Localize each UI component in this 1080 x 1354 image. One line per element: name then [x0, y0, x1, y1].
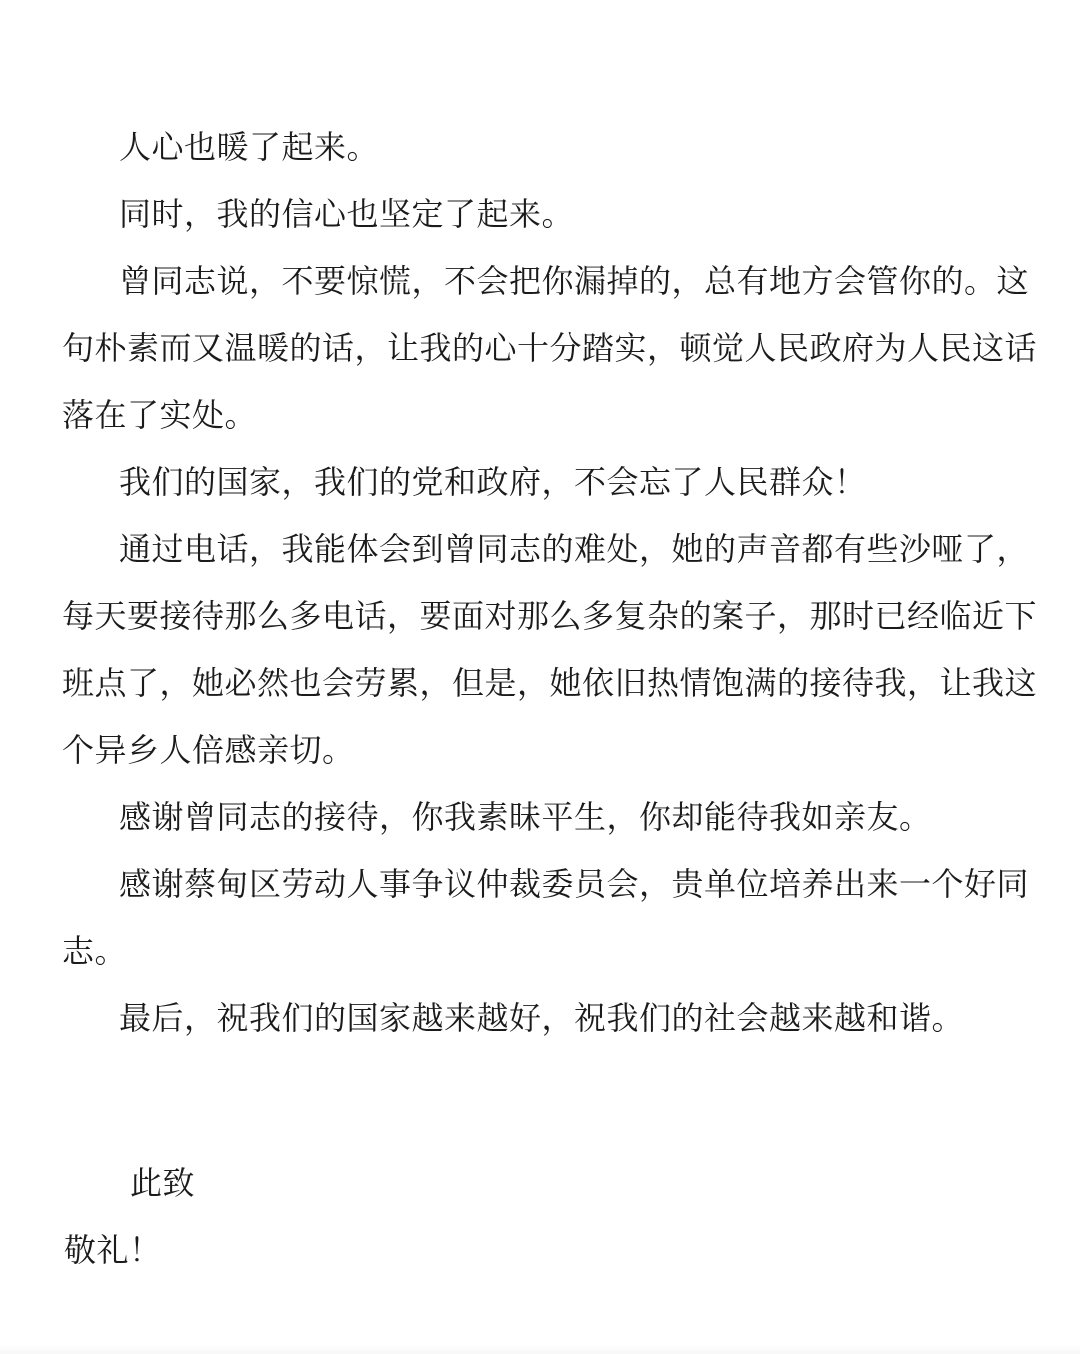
letter-line: 班点了，她必然也会劳累，但是，她依旧热情饱满的接待我，让我这	[62, 650, 1024, 717]
letter-line: 人心也暖了起来。	[62, 114, 1024, 181]
closing-jingli-line: 敬礼！	[64, 1217, 195, 1284]
letter-body: 人心也暖了起来。 同时，我的信心也坚定了起来。 曾同志说，不要惊慌，不会把你漏掉…	[62, 114, 1024, 1052]
letter-line: 我们的国家，我们的党和政府，不会忘了人民群众！	[62, 449, 1024, 516]
letter-line: 每天要接待那么多电话，要面对那么多复杂的案子，那时已经临近下	[62, 583, 1024, 650]
letter-line: 志。	[62, 918, 1024, 985]
letter-line: 曾同志说，不要惊慌，不会把你漏掉的，总有地方会管你的。这	[62, 248, 1024, 315]
letter-line: 落在了实处。	[62, 382, 1024, 449]
letter-line: 感谢蔡甸区劳动人事争议仲裁委员会，贵单位培养出来一个好同	[62, 851, 1024, 918]
closing-cizhi-line: 此致	[64, 1150, 195, 1217]
letter-page: 人心也暖了起来。 同时，我的信心也坚定了起来。 曾同志说，不要惊慌，不会把你漏掉…	[0, 0, 1080, 1354]
letter-line: 句朴素而又温暖的话，让我的心十分踏实，顿觉人民政府为人民这话	[62, 315, 1024, 382]
letter-line: 最后，祝我们的国家越来越好，祝我们的社会越来越和谐。	[62, 985, 1024, 1052]
letter-line: 通过电话，我能体会到曾同志的难处，她的声音都有些沙哑了，	[62, 516, 1024, 583]
letter-line: 同时，我的信心也坚定了起来。	[62, 181, 1024, 248]
letter-line: 个异乡人倍感亲切。	[62, 717, 1024, 784]
letter-line: 感谢曾同志的接待，你我素昧平生，你却能待我如亲友。	[62, 784, 1024, 851]
letter-closing: 此致 敬礼！	[64, 1150, 195, 1284]
